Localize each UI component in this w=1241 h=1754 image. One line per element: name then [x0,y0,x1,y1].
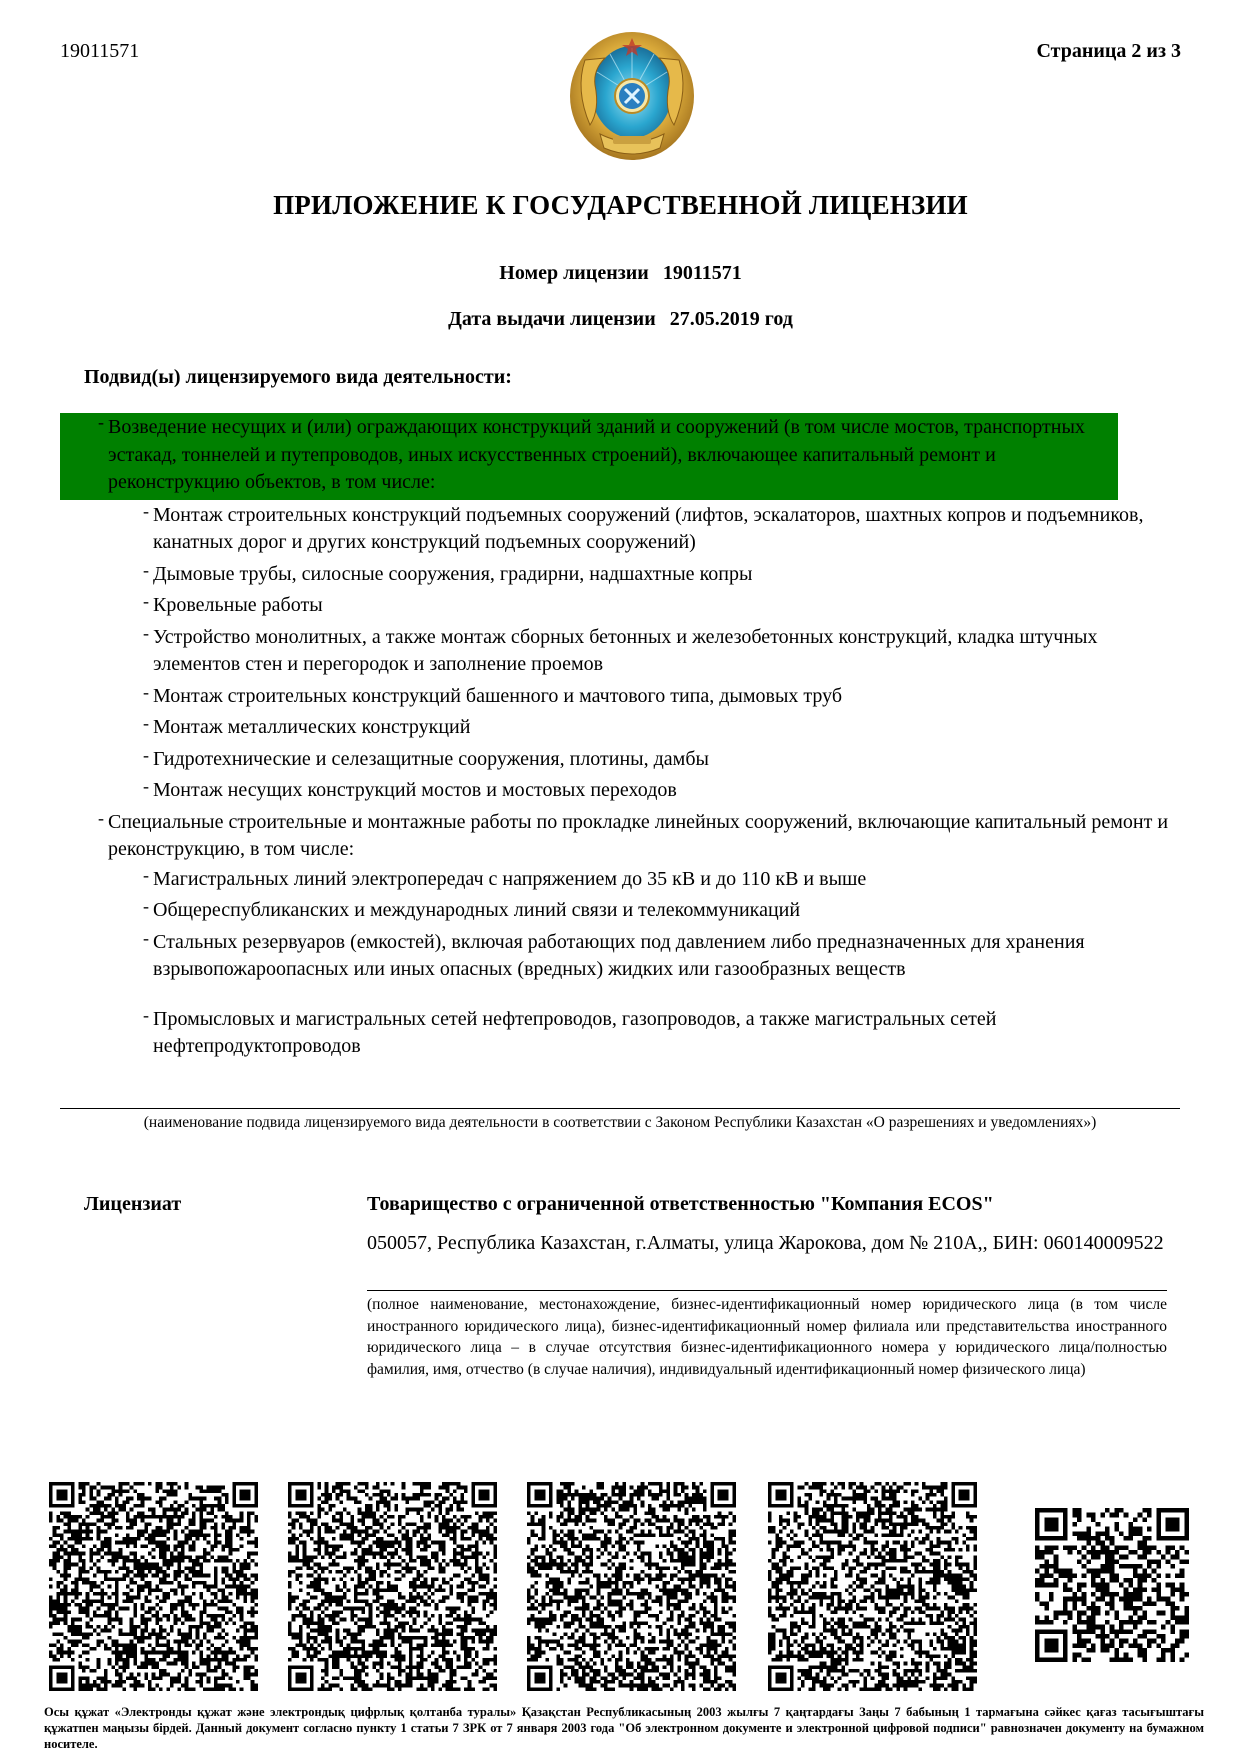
page-indicator: Страница 2 из 3 [1036,40,1181,63]
qr-code-icon [49,1482,258,1691]
activity-item-text: Монтаж строительных конструкций подъемны… [153,504,1143,554]
licensee-caption: (полное наименование, местонахождение, б… [367,1294,1167,1380]
legal-footer: Осы құжат «Электронды құжат және электро… [44,1704,1204,1752]
bullet-dash: - [98,805,104,833]
licensee-address: 050057, Республика Казахстан, г.Алматы, … [367,1229,1167,1257]
activity-item-text: Устройство монолитных, а также монтаж сб… [153,626,1097,676]
activity-item: -Стальных резервуаров (емкостей), включа… [60,929,1180,984]
activity-item-text: Промысловых и магистральных сетей нефтеп… [153,1008,996,1058]
activity-item-text: Магистральных линий электропередач с нап… [153,868,866,890]
activity-group-label: Возведение несущих и (или) ограждающих к… [108,416,1085,493]
activities-heading: Подвид(ы) лицензируемого вида деятельнос… [84,366,512,389]
licensee-name: Товарищество с ограниченной ответственно… [367,1193,994,1216]
activity-item: -Промысловых и магистральных сетей нефте… [60,1006,1180,1061]
bullet-dash: - [143,862,149,890]
activity-group-highlighted: - Возведение несущих и (или) ограждающих… [60,413,1118,500]
activity-item: -Монтаж строительных конструкций подъемн… [60,502,1180,557]
bullet-dash: - [143,588,149,616]
activity-item-text: Общереспубликанских и международных лини… [153,899,800,921]
license-date-value: 27.05.2019 год [670,308,793,330]
state-emblem-icon [565,30,700,162]
spacer [60,988,1180,1006]
bullet-dash: - [143,620,149,648]
activity-item: -Гидротехнические и селезащитные сооруже… [60,746,1180,774]
license-number-label: Номер лицензии [499,262,649,284]
license-number-value: 19011571 [663,262,742,284]
activity-item: -Устройство монолитных, а также монтаж с… [60,624,1180,679]
divider [367,1290,1167,1291]
activity-group: - Специальные строительные и монтажные р… [60,809,1180,864]
bullet-dash: - [143,498,149,526]
activity-item: -Монтаж строительных конструкций башенно… [60,683,1180,711]
license-date-line: Дата выдачи лицензии27.05.2019 год [0,308,1241,331]
bullet-dash: - [143,557,149,585]
bullet-dash: - [143,893,149,921]
activity-item-text: Монтаж строительных конструкций башенног… [153,685,842,707]
bullet-dash: - [143,742,149,770]
activity-item: -Дымовые трубы, силосные сооружения, гра… [60,561,1180,589]
qr-code-icon [1035,1508,1189,1662]
qr-code-icon [768,1482,977,1691]
divider [60,1108,1180,1109]
activity-item-text: Гидротехнические и селезащитные сооружен… [153,748,709,770]
bullet-dash: - [143,679,149,707]
bullet-dash: - [143,1002,149,1030]
activity-item: -Магистральных линий электропередач с на… [60,866,1180,894]
activities-caption: (наименование подвида лицензируемого вид… [70,1112,1170,1133]
activity-item: -Монтаж несущих конструкций мостов и мос… [60,777,1180,805]
qr-code-icon [288,1482,497,1691]
activity-item-text: Монтаж несущих конструкций мостов и мост… [153,779,677,801]
activity-item-text: Дымовые трубы, силосные сооружения, град… [153,563,752,585]
page-title: ПРИЛОЖЕНИЕ К ГОСУДАРСТВЕННОЙ ЛИЦЕНЗИИ [0,190,1241,221]
activities-list: - Возведение несущих и (или) ограждающих… [60,413,1180,1065]
license-date-label: Дата выдачи лицензии [448,308,656,330]
activity-item: -Общереспубликанских и международных лин… [60,897,1180,925]
activity-item-text: Монтаж металлических конструкций [153,716,470,738]
qr-code-icon [527,1482,736,1691]
activity-item: -Кровельные работы [60,592,1180,620]
activity-item: -Монтаж металлических конструкций [60,714,1180,742]
bullet-dash: - [143,773,149,801]
bullet-dash: - [143,710,149,738]
document-number: 19011571 [60,40,139,63]
bullet-dash: - [98,409,104,437]
licensee-label: Лицензиат [84,1193,181,1216]
bullet-dash: - [143,925,149,953]
activity-group-label: Специальные строительные и монтажные раб… [108,811,1168,861]
activity-item-text: Кровельные работы [153,594,323,616]
license-number-line: Номер лицензии19011571 [0,262,1241,285]
activity-item-text: Стальных резервуаров (емкостей), включая… [153,931,1085,981]
